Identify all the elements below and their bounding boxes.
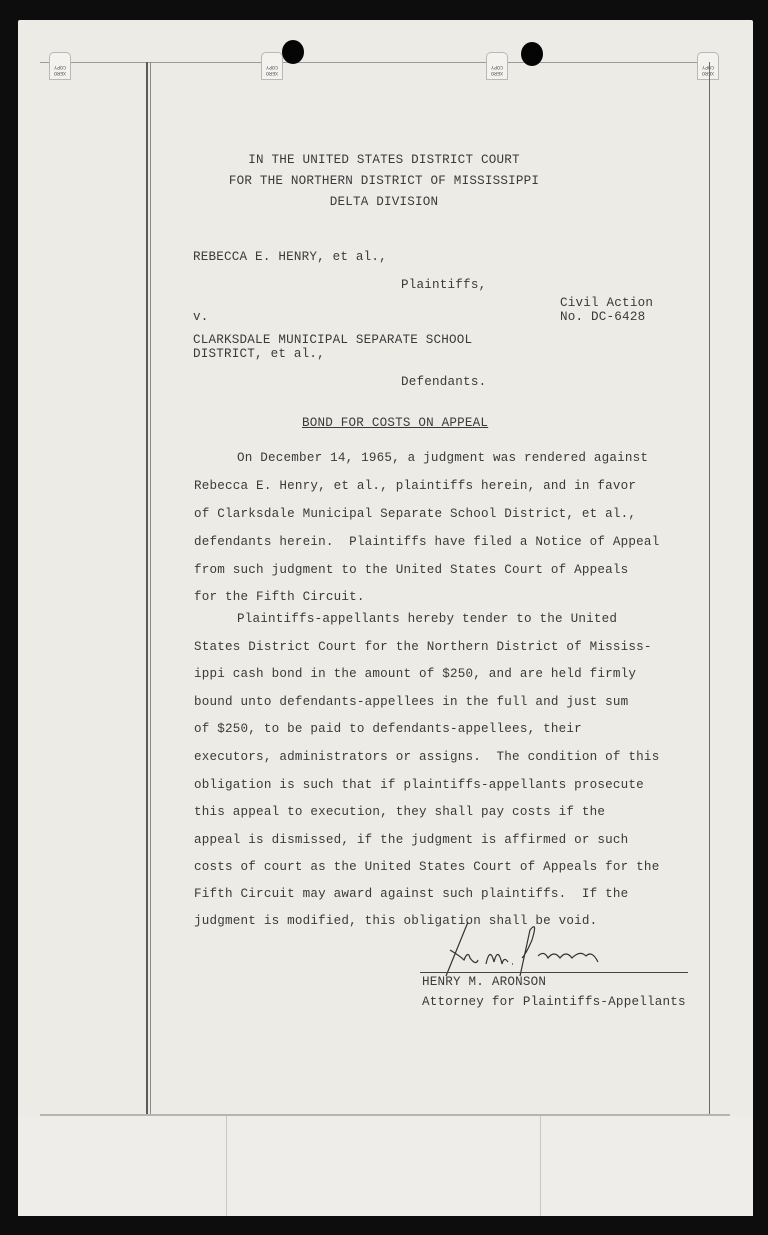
margin-rule-left-inner xyxy=(150,62,151,1114)
stamp-text: XERO COPY xyxy=(54,64,66,76)
punch-hole xyxy=(282,40,304,64)
stamp-text: XERO COPY xyxy=(266,64,278,76)
handwritten-signature xyxy=(420,920,650,980)
paragraph-line: appeal is dismissed, if the judgment is … xyxy=(194,833,628,847)
page-top-edge xyxy=(40,62,710,63)
document-title: BOND FOR COSTS ON APPEAL xyxy=(302,416,488,430)
plaintiff-role: Plaintiffs, xyxy=(401,278,486,292)
defendant-name: DISTRICT, et al., xyxy=(193,347,325,361)
paragraph-line: Rebecca E. Henry, et al., plaintiffs her… xyxy=(194,479,636,493)
paragraph-line: costs of court as the United States Cour… xyxy=(194,860,659,874)
court-heading-line: DELTA DIVISION xyxy=(0,195,768,209)
paragraph-line: this appeal to execution, they shall pay… xyxy=(194,805,605,819)
signature-line xyxy=(420,972,688,973)
paragraph-line: bound unto defendants-appellees in the f… xyxy=(194,695,628,709)
defendant-role: Defendants. xyxy=(401,375,486,389)
paragraph-line: States District Court for the Northern D… xyxy=(194,640,652,654)
paragraph-line: Fifth Circuit may award against such pla… xyxy=(194,887,628,901)
versus: v. xyxy=(193,310,209,324)
paragraph-line: executors, administrators or assigns. Th… xyxy=(194,750,659,764)
signatory-name: HENRY M. ARONSON xyxy=(422,975,546,989)
plaintiff-name: REBECCA E. HENRY, et al., xyxy=(193,250,387,264)
signatory-title: Attorney for Plaintiffs-Appellants xyxy=(422,995,686,1009)
paragraph-line: for the Fifth Circuit. xyxy=(194,590,365,604)
defendant-name: CLARKSDALE MUNICIPAL SEPARATE SCHOOL xyxy=(193,333,472,347)
paragraph-line: ippi cash bond in the amount of $250, an… xyxy=(194,667,636,681)
xero-copy-stamp: XERO COPY xyxy=(261,52,283,80)
paragraph-line: of $250, to be paid to defendants-appell… xyxy=(194,722,582,736)
backing-sheet xyxy=(18,1116,753,1216)
court-heading-line: IN THE UNITED STATES DISTRICT COURT xyxy=(0,153,768,167)
paragraph-line: defendants herein. Plaintiffs have filed… xyxy=(194,535,659,549)
margin-rule-left xyxy=(146,62,148,1114)
paragraph-line: On December 14, 1965, a judgment was ren… xyxy=(237,451,648,465)
paragraph-line: from such judgment to the United States … xyxy=(194,563,628,577)
case-number: No. DC-6428 xyxy=(560,310,645,324)
paragraph-line: of Clarksdale Municipal Separate School … xyxy=(194,507,636,521)
margin-rule-right xyxy=(709,62,710,1114)
xero-copy-stamp: XERO COPY xyxy=(49,52,71,80)
scan-streak xyxy=(540,1116,541,1216)
xero-copy-stamp: XERO COPY xyxy=(486,52,508,80)
paragraph-line: obligation is such that if plaintiffs-ap… xyxy=(194,778,644,792)
scan-streak xyxy=(226,1116,227,1216)
paragraph-line: Plaintiffs-appellants hereby tender to t… xyxy=(237,612,617,626)
court-heading-line: FOR THE NORTHERN DISTRICT OF MISSISSIPPI xyxy=(0,174,768,188)
stamp-text: XERO COPY xyxy=(491,64,503,76)
case-label: Civil Action xyxy=(560,296,653,310)
xero-copy-stamp: XERO COPY xyxy=(697,52,719,80)
stamp-text: XERO COPY xyxy=(702,64,714,76)
punch-hole xyxy=(521,42,543,66)
